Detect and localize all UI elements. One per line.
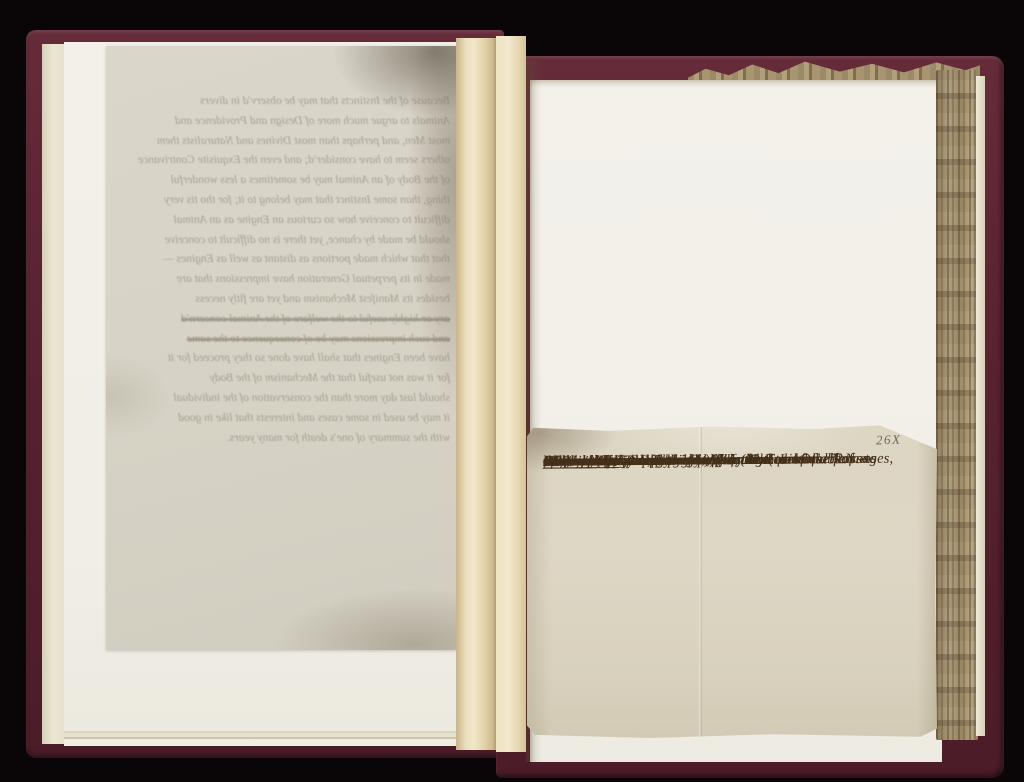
showthrough-line: others seem to have consider'd; and even… [112,151,450,171]
showthrough-line: should last day more than the conservati… [112,389,450,409]
showthrough-line: ary or highly useful to the welfare of t… [112,310,450,330]
showthrough-line: made in its perpetual Generation have im… [112,270,450,290]
folio-annotation: 26X [875,432,901,449]
showthrough-line: Animals to argue much more of Design and… [112,112,450,132]
fore-edge-page-ends [936,70,978,740]
note-segment: :nists, must be the sense of the Author … [543,449,842,472]
pasted-manuscript-note: 26X The Papers being(not yet publish'd,)… [527,424,937,738]
showthrough-line: difficult to conceive how so curious an … [112,211,450,231]
showthrough-line: besides its Manifest Mechanism and yet a… [112,290,450,310]
manuscript-leaf-left: Because of the Instincts that may be obs… [106,46,456,650]
showthrough-line: Because of the Instincts that may be obs… [112,92,450,112]
gutter-guard-strip-2 [496,36,526,752]
gutter-guard-strip [456,38,496,750]
paper-crease [699,424,702,738]
showthrough-text: Because of the Instincts that may be obs… [112,92,450,640]
fore-edge-outer-sliver [976,76,985,736]
showthrough-line: thing, than some Instinct that may belon… [112,191,450,211]
showthrough-line: with the summary of one's death for many… [112,429,450,449]
note-text: The Papers being(not yet publish'd,)(nor… [543,448,929,451]
showthrough-line: have been Engines that shall have done s… [112,349,450,369]
showthrough-line: most Men, and perhaps than most Divines … [112,132,450,152]
showthrough-line: and such impressions may be of consequen… [112,330,450,350]
page-stack-edges-bottom [64,728,496,746]
showthrough-line: for it was not useful that the Mechanism… [112,369,450,389]
showthrough-line: that that which made portions as distant… [112,250,450,270]
photo-of-open-manuscript-book: Because of the Instincts that may be obs… [0,0,1024,782]
showthrough-line: of the Body of an Animal may be sometime… [112,171,450,191]
showthrough-line: should be made by chance, yet there is n… [112,231,450,251]
showthrough-line: it may be used in some cases and interes… [112,409,450,429]
